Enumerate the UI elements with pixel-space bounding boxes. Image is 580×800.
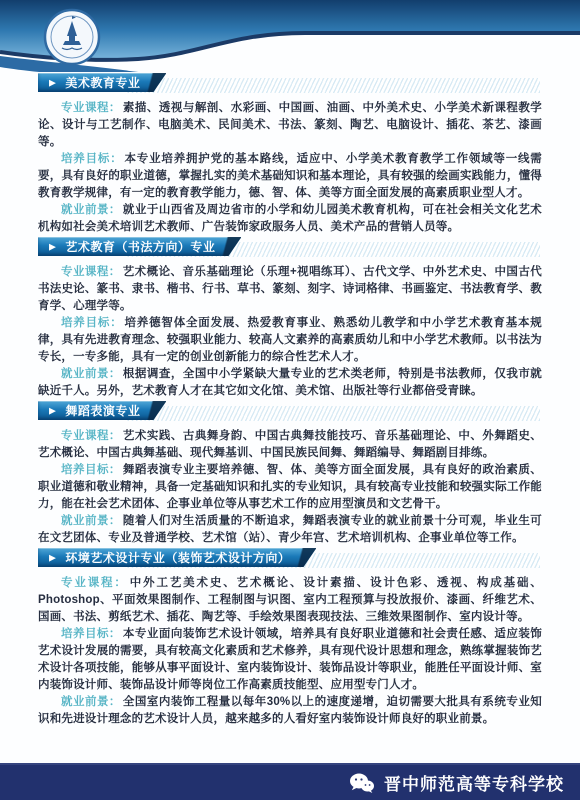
play-arrow-icon: ▶	[49, 554, 56, 563]
prospects-paragraph: 就业前景：全国室内装饰工程量以每年30%以上的速度递增，迫切需要大批具有系统专业…	[38, 694, 542, 728]
section-title-ribbon: ▶ 环境艺术设计专业（装饰艺术设计方向）	[38, 548, 316, 567]
courses-paragraph: 专业课程：中外工艺美术史、艺术概论、设计素描、设计色彩、透视、构成基础、Phot…	[38, 575, 542, 626]
objectives-paragraph: 培养目标：本专业培养拥护党的基本路线，适应中、小学美术教育教学工作领域等一线需要…	[38, 151, 542, 202]
article-body: ▶ 美术教育专业 专业课程：素描、透视与解剖、水彩画、中国画、油画、中外美术史、…	[0, 72, 580, 728]
courses-label: 专业课程：	[61, 430, 121, 442]
school-account-name: 晋中师范高等专科学校	[384, 770, 564, 795]
section-header-band: ▶ 舞蹈表演专业	[38, 400, 542, 419]
play-arrow-icon: ▶	[49, 407, 56, 416]
objectives-paragraph: 培养目标：舞蹈表演专业主要培养德、智、体、美等方面全面发展，具有良好的政治素质、…	[38, 462, 542, 513]
section-title-ribbon: ▶ 舞蹈表演专业	[38, 401, 166, 420]
page-header	[0, 0, 580, 72]
section-calligraphy-education: ▶ 艺术教育（书法方向）专业 专业课程：艺术概论、音乐基础理论（乐理+视唱练耳）…	[38, 236, 542, 400]
section-art-education: ▶ 美术教育专业 专业课程：素描、透视与解剖、水彩画、中国画、油画、中外美术史、…	[38, 72, 542, 236]
section-title: 舞蹈表演专业	[65, 402, 140, 419]
objectives-label: 培养目标：	[61, 153, 123, 165]
prospects-label: 就业前景：	[61, 515, 121, 527]
section-dance-performance: ▶ 舞蹈表演专业 专业课程：艺术实践、古典舞身韵、中国古典舞技能技巧、音乐基础理…	[38, 400, 542, 547]
courses-label: 专业课程：	[61, 266, 121, 278]
prospects-paragraph: 就业前景：就业于山西省及周边省市的小学和幼儿园美术教育机构，可在社会相关文化艺术…	[38, 202, 542, 236]
courses-label: 专业课程：	[61, 102, 121, 114]
courses-paragraph: 专业课程：艺术概论、音乐基础理论（乐理+视唱练耳）、古代文学、中外艺术史、中国古…	[38, 264, 542, 315]
article-page: ▶ 美术教育专业 专业课程：素描、透视与解剖、水彩画、中国画、油画、中外美术史、…	[0, 0, 580, 800]
prospects-label: 就业前景：	[61, 368, 121, 380]
courses-label: 专业课程：	[61, 577, 128, 589]
objectives-paragraph: 培养目标：本专业面向装饰艺术设计领域，培养具有良好职业道德和社会责任感、适应装饰…	[38, 626, 542, 694]
prospects-label: 就业前景：	[61, 696, 121, 708]
section-title: 环境艺术设计专业（装饰艺术设计方向）	[65, 549, 290, 566]
objectives-label: 培养目标：	[61, 628, 121, 640]
wechat-icon	[349, 773, 375, 793]
objectives-label: 培养目标：	[61, 317, 123, 329]
section-title-ribbon: ▶ 美术教育专业	[38, 73, 166, 92]
section-header-band: ▶ 美术教育专业	[38, 72, 542, 91]
section-header-band: ▶ 环境艺术设计专业（装饰艺术设计方向）	[38, 547, 542, 566]
play-arrow-icon: ▶	[49, 79, 56, 88]
courses-paragraph: 专业课程：艺术实践、古典舞身韵、中国古典舞技能技巧、音乐基础理论、中、外舞蹈史、…	[38, 428, 542, 462]
school-emblem-icon	[45, 10, 99, 64]
objectives-paragraph: 培养目标：培养德智体全面发展、热爱教育事业、熟悉幼儿教学和中小学艺术教育基本规律…	[38, 315, 542, 366]
hatch-stripe-decoration	[126, 406, 540, 421]
courses-paragraph: 专业课程：素描、透视与解剖、水彩画、中国画、油画、中外美术史、小学美术新课程教学…	[38, 100, 542, 151]
section-title-ribbon: ▶ 艺术教育（书法方向）专业	[38, 237, 241, 256]
objectives-label: 培养目标：	[61, 464, 121, 476]
hatch-stripe-decoration	[126, 78, 540, 93]
section-title: 美术教育专业	[65, 74, 140, 91]
section-header-band: ▶ 艺术教育（书法方向）专业	[38, 236, 542, 255]
prospects-label: 就业前景：	[61, 204, 121, 216]
header-wave-graphic	[0, 0, 580, 72]
section-title: 艺术教育（书法方向）专业	[65, 238, 215, 255]
play-arrow-icon: ▶	[49, 243, 56, 252]
section-environment-art-design: ▶ 环境艺术设计专业（装饰艺术设计方向） 专业课程：中外工艺美术史、艺术概论、设…	[38, 547, 542, 728]
prospects-paragraph: 就业前景：随着人们对生活质量的不断追求，舞蹈表演专业的就业前景十分可观，毕业生可…	[38, 513, 542, 547]
wechat-account-banner[interactable]: 晋中师范高等专科学校	[0, 763, 580, 800]
prospects-paragraph: 就业前景：根据调查，全国中小学紧缺大量专业的艺术类老师，特别是书法教师，仅我市就…	[38, 366, 542, 400]
